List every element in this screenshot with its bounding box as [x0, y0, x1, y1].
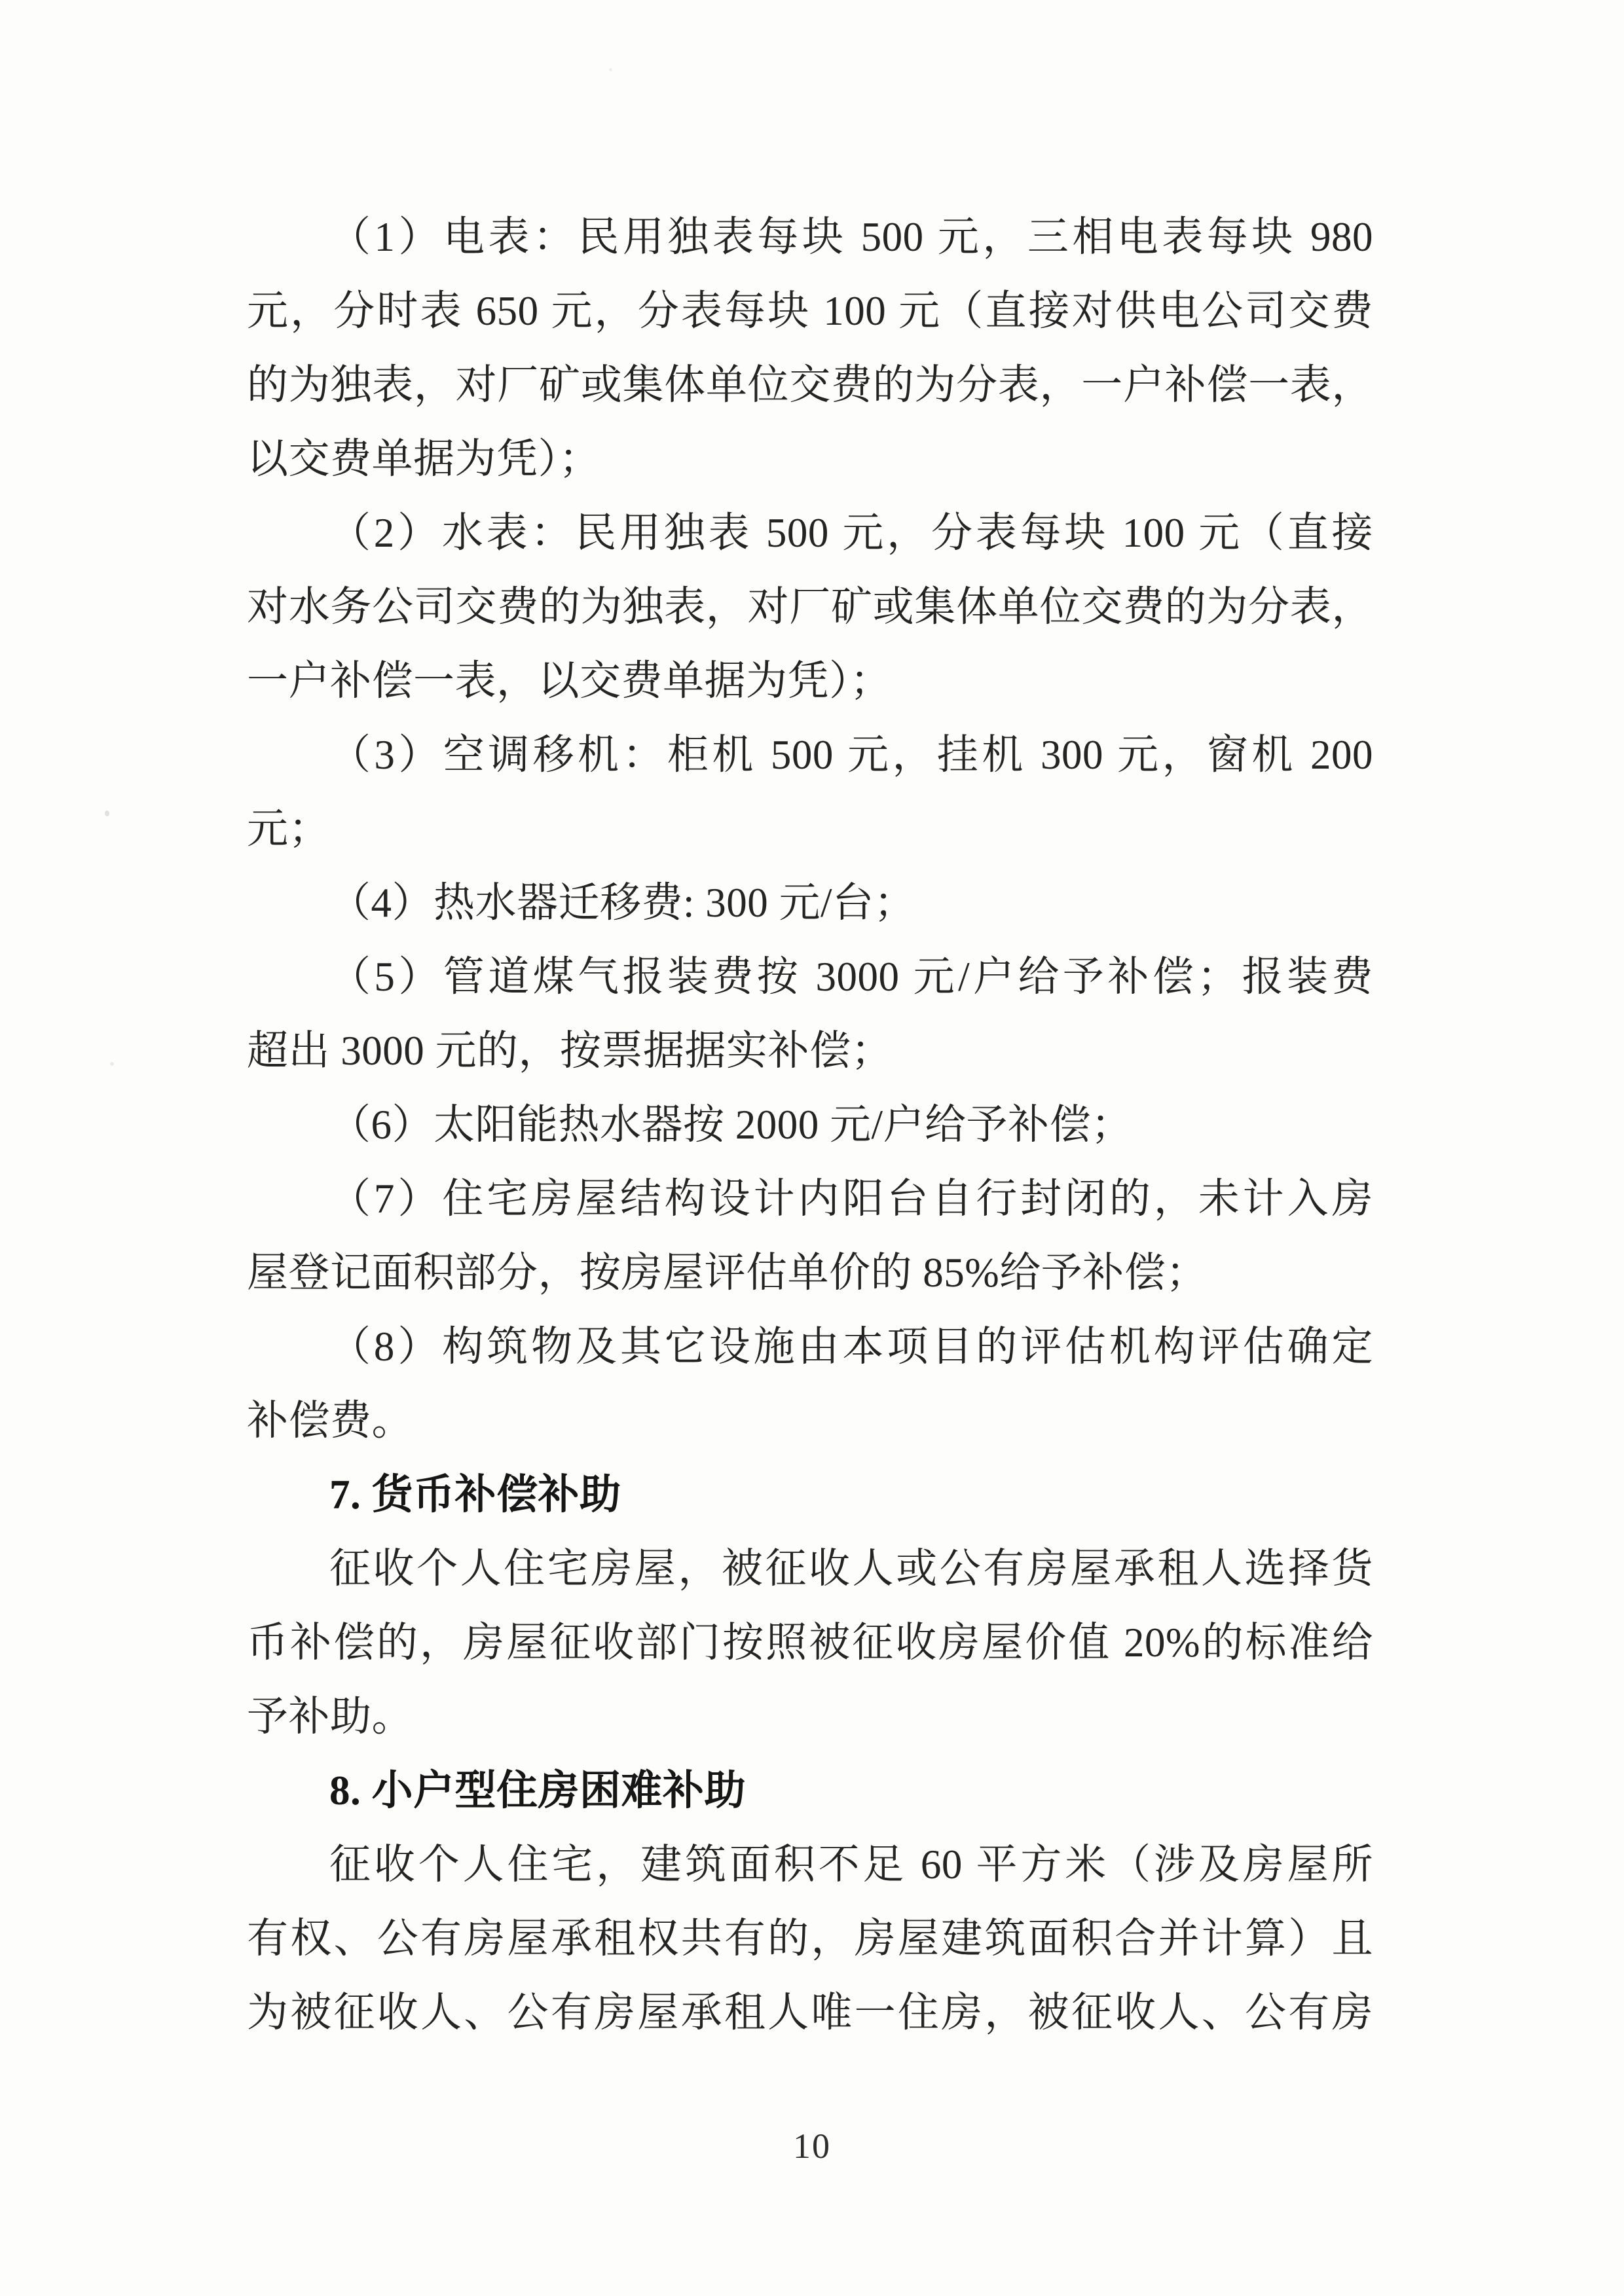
text-line: （3）空调移机：柜机 500 元，挂机 300 元，窗机 200 [247, 718, 1373, 792]
text-line: 予补助。 [247, 1680, 1373, 1754]
text-line: 有权、公有房屋承租权共有的，房屋建筑面积合并计算）且 [247, 1902, 1373, 1976]
text-line: 为被征收人、公有房屋承租人唯一住房，被征收人、公有房 [247, 1976, 1373, 2050]
text-line: （6）太阳能热水器按 2000 元/户给予补偿； [247, 1088, 1373, 1162]
page-number: 10 [0, 2126, 1624, 2166]
scan-speckle [110, 1062, 114, 1066]
text-line: （5）管道煤气报装费按 3000 元/户给予补偿；报装费 [247, 940, 1373, 1014]
text-line: （4）热水器迁移费: 300 元/台； [247, 866, 1373, 940]
document-body: （1）电表：民用独表每块 500 元，三相电表每块 980 元，分时表 650 … [247, 200, 1373, 2050]
document-page: （1）电表：民用独表每块 500 元，三相电表每块 980 元，分时表 650 … [0, 0, 1624, 2296]
text-line: 对水务公司交费的为独表，对厂矿或集体单位交费的为分表， [247, 570, 1373, 644]
text-line: （1）电表：民用独表每块 500 元，三相电表每块 980 [247, 200, 1373, 274]
scan-speckle [609, 68, 612, 71]
text-line: 元； [247, 792, 1373, 866]
section-heading-7: 7. 货币补偿补助 [247, 1458, 1373, 1532]
text-line: 征收个人住宅，建筑面积不足 60 平方米（涉及房屋所 [247, 1828, 1373, 1902]
text-line: 超出 3000 元的，按票据据实补偿； [247, 1014, 1373, 1088]
text-line: 征收个人住宅房屋，被征收人或公有房屋承租人选择货 [247, 1532, 1373, 1606]
text-line: 一户补偿一表，以交费单据为凭）； [247, 644, 1373, 718]
section-heading-8: 8. 小户型住房困难补助 [247, 1754, 1373, 1828]
text-line: （2）水表：民用独表 500 元，分表每块 100 元（直接 [247, 496, 1373, 570]
text-line: 屋登记面积部分，按房屋评估单价的 85%给予补偿； [247, 1236, 1373, 1310]
text-line: 元，分时表 650 元，分表每块 100 元（直接对供电公司交费 [247, 274, 1373, 348]
text-line: 币补偿的，房屋征收部门按照被征收房屋价值 20%的标准给 [247, 1606, 1373, 1680]
text-line: （8）构筑物及其它设施由本项目的评估机构评估确定 [247, 1310, 1373, 1384]
text-line: 补偿费。 [247, 1384, 1373, 1458]
text-line: （7）住宅房屋结构设计内阳台自行封闭的，未计入房 [247, 1162, 1373, 1236]
text-line: 的为独表，对厂矿或集体单位交费的为分表，一户补偿一表， [247, 348, 1373, 422]
scan-speckle [105, 811, 109, 816]
text-line: 以交费单据为凭）； [247, 422, 1373, 496]
